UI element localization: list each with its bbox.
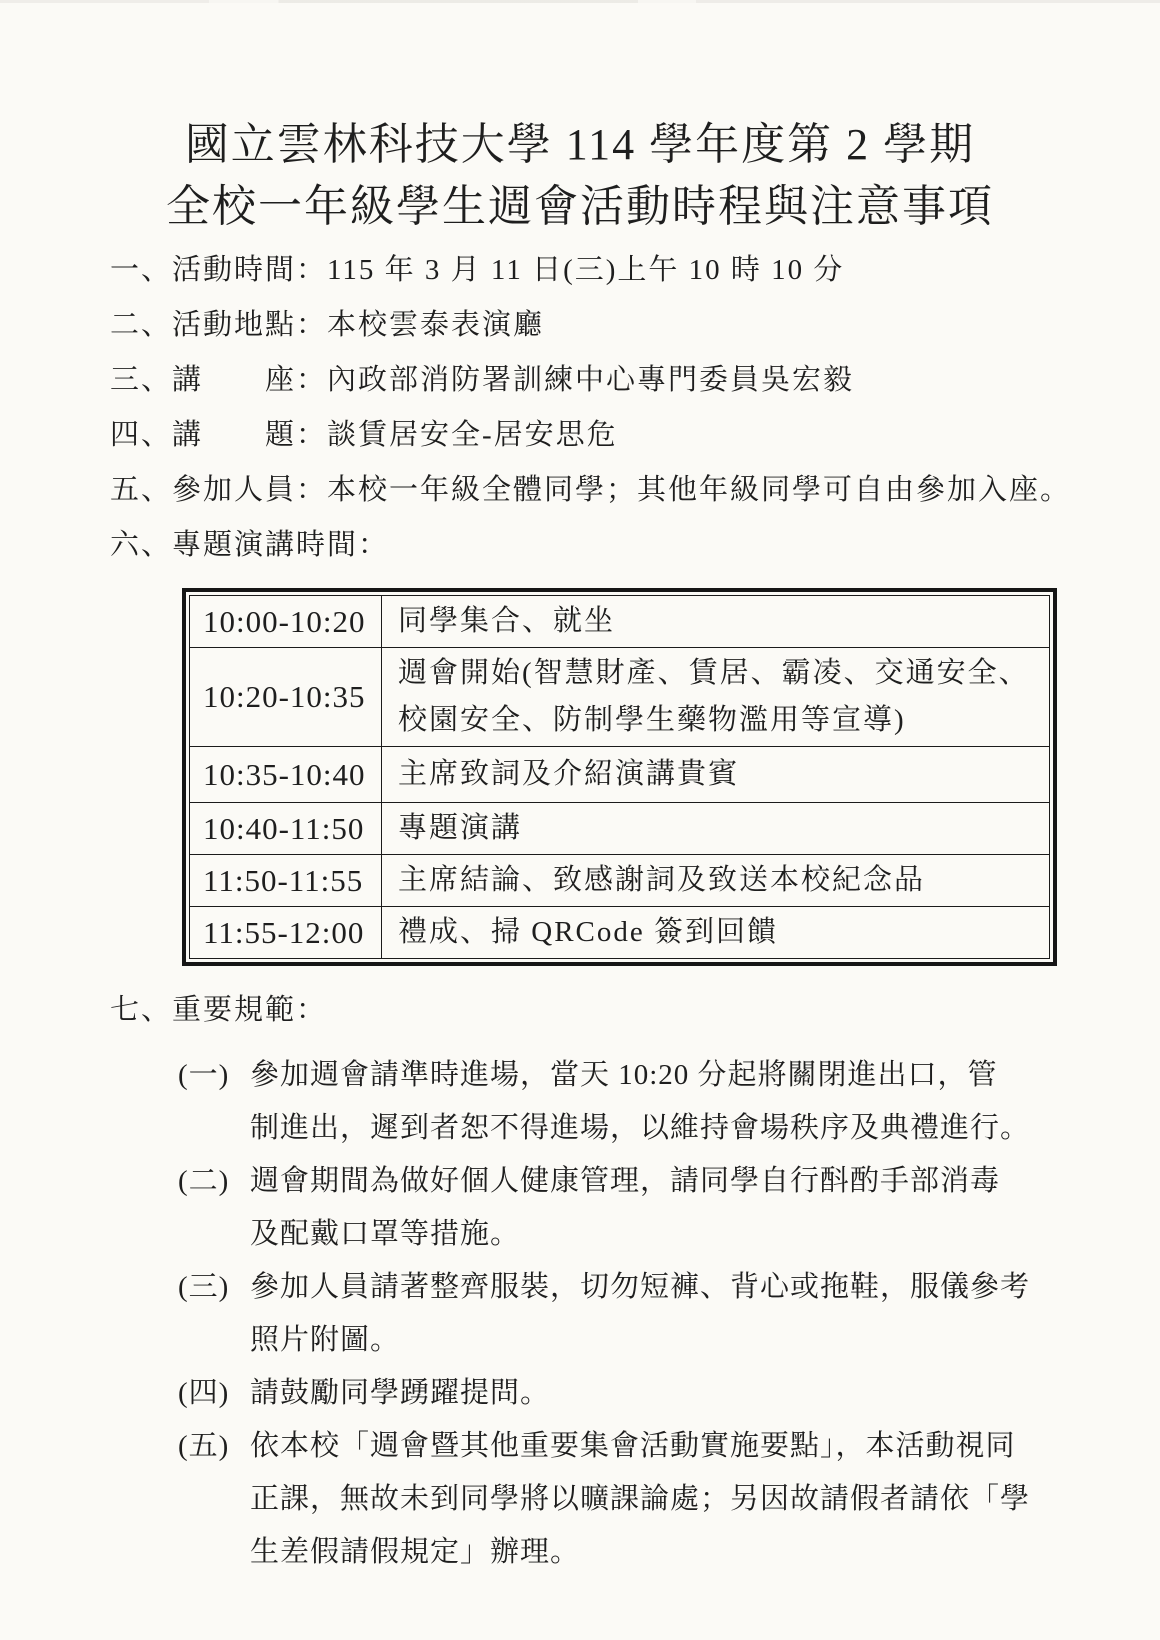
time-cell: 11:55-12:00 xyxy=(190,907,382,959)
schedule-table: 10:00-10:20 同學集合、就坐 10:20-10:35 週會開始(智慧財… xyxy=(182,588,1057,966)
time-cell: 10:40-11:50 xyxy=(190,803,382,855)
time-cell: 11:50-11:55 xyxy=(190,855,382,907)
list-item-speaker: 三、 講 座：內政部消防署訓練中心專門委員吳宏毅 xyxy=(0,364,1160,396)
schedule-row: 10:00-10:20 同學集合、就坐 xyxy=(190,596,1050,648)
schedule-row: 11:50-11:55 主席結論、致感謝詞及致送本校紀念品 xyxy=(190,855,1050,907)
schedule-row: 11:55-12:00 禮成、掃 QRCode 簽到回饋 xyxy=(190,907,1050,959)
activity-cell: 同學集合、就坐 xyxy=(382,596,1050,648)
list-item-activity-time: 一、 活動時間：115 年 3 月 11 日(三)上午 10 時 10 分 xyxy=(0,254,1160,286)
schedule-row: 10:40-11:50 專題演講 xyxy=(190,803,1050,855)
item-number: 四、 xyxy=(110,419,172,451)
item-number: 二、 xyxy=(110,309,172,341)
item-number: 三、 xyxy=(110,364,172,396)
activity-cell: 主席致詞及介紹演講貴賓 xyxy=(382,747,1050,803)
list-item-activity-place: 二、 活動地點：本校雲泰表演廳 xyxy=(0,309,1160,341)
rule-item-5: (五) 依本校「週會暨其他重要集會活動實施要點」，本活動視同 正課，無故未到同學… xyxy=(0,1420,1160,1579)
item-number: 五、 xyxy=(110,474,172,506)
title-line-1: 國立雲林科技大學 114 學年度第 2 學期 xyxy=(0,114,1160,176)
schedule-row: 10:20-10:35 週會開始(智慧財產、賃居、霸凌、交通安全、校園安全、防制… xyxy=(190,648,1050,747)
item-text: 講 題：談賃居安全-居安思危 xyxy=(172,419,618,451)
list-item-topic: 四、 講 題：談賃居安全-居安思危 xyxy=(0,419,1160,451)
activity-cell: 專題演講 xyxy=(382,803,1050,855)
rule-item-3: (三) 參加人員請著整齊服裝，切勿短褲、背心或拖鞋，服儀參考 照片附圖。 xyxy=(0,1261,1160,1367)
rule-number: (四) xyxy=(178,1367,250,1420)
rule-text: 依本校「週會暨其他重要集會活動實施要點」，本活動視同 正課，無故未到同學將以曠課… xyxy=(250,1420,1030,1579)
rule-number: (五) xyxy=(178,1420,250,1579)
item-number: 六、 xyxy=(110,529,172,561)
activity-cell: 禮成、掃 QRCode 簽到回饋 xyxy=(382,907,1050,959)
item-text: 專題演講時間： xyxy=(172,529,389,561)
item-text: 重要規範： xyxy=(172,994,327,1026)
activity-cell: 主席結論、致感謝詞及致送本校紀念品 xyxy=(382,855,1050,907)
document-title: 國立雲林科技大學 114 學年度第 2 學期 全校一年級學生週會活動時程與注意事… xyxy=(0,114,1160,238)
activity-cell: 週會開始(智慧財產、賃居、霸凌、交通安全、校園安全、防制學生藥物濫用等宣導) xyxy=(382,648,1050,747)
time-cell: 10:00-10:20 xyxy=(190,596,382,648)
item-text: 活動時間：115 年 3 月 11 日(三)上午 10 時 10 分 xyxy=(172,254,844,286)
item-text: 講 座：內政部消防署訓練中心專門委員吳宏毅 xyxy=(172,364,854,396)
time-cell: 10:20-10:35 xyxy=(190,648,382,747)
rule-text: 請鼓勵同學踴躍提問。 xyxy=(250,1367,550,1420)
rule-number: (二) xyxy=(178,1155,250,1261)
time-cell: 10:35-10:40 xyxy=(190,747,382,803)
item-number: 一、 xyxy=(110,254,172,286)
item-text: 活動地點：本校雲泰表演廳 xyxy=(172,309,544,341)
schedule-row: 10:35-10:40 主席致詞及介紹演講貴賓 xyxy=(190,747,1050,803)
list-item-rules-heading: 七、 重要規範： xyxy=(0,994,1160,1026)
rule-number: (一) xyxy=(178,1049,250,1155)
list-item-schedule-heading: 六、 專題演講時間： xyxy=(0,529,1160,561)
rule-item-4: (四) 請鼓勵同學踴躍提問。 xyxy=(0,1367,1160,1420)
rule-number: (三) xyxy=(178,1261,250,1367)
list-item-participants: 五、 參加人員：本校一年級全體同學；其他年級同學可自由參加入座。 xyxy=(0,474,1160,506)
rule-item-2: (二) 週會期間為做好個人健康管理，請同學自行酙酌手部消毒 及配戴口罩等措施。 xyxy=(0,1155,1160,1261)
rule-item-1: (一) 參加週會請準時進場，當天 10:20 分起將關閉進出口，管 制進出，遲到… xyxy=(0,1049,1160,1155)
title-line-2: 全校一年級學生週會活動時程與注意事項 xyxy=(0,176,1160,238)
rule-text: 參加人員請著整齊服裝，切勿短褲、背心或拖鞋，服儀參考 照片附圖。 xyxy=(250,1261,1030,1367)
item-number: 七、 xyxy=(110,994,172,1026)
rule-text: 週會期間為做好個人健康管理，請同學自行酙酌手部消毒 及配戴口罩等措施。 xyxy=(250,1155,1000,1261)
rule-text: 參加週會請準時進場，當天 10:20 分起將關閉進出口，管 制進出，遲到者恕不得… xyxy=(250,1049,1030,1155)
item-text: 參加人員：本校一年級全體同學；其他年級同學可自由參加入座。 xyxy=(172,474,1071,506)
scanned-document-page: 國立雲林科技大學 114 學年度第 2 學期 全校一年級學生週會活動時程與注意事… xyxy=(0,0,1160,1640)
